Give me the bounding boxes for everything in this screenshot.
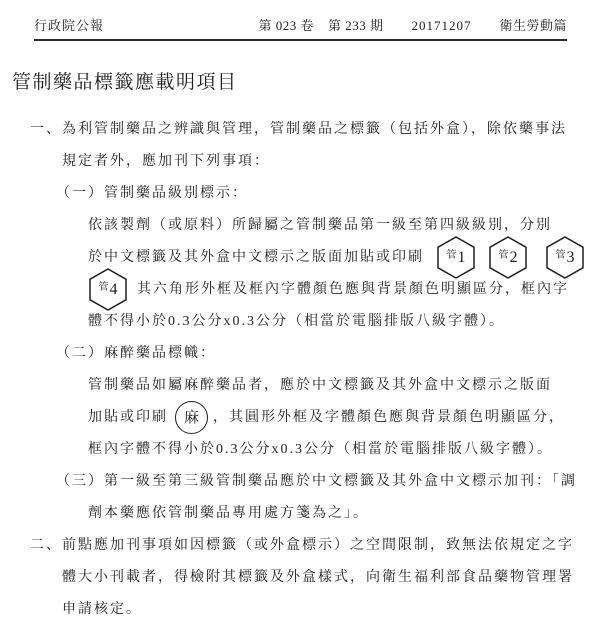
sub-item-3-marker: （三） [56,474,104,489]
sub-item-3-line-2: 劑本藥應依管制藥品專用處方箋為之」。 [0,498,600,530]
item-2-marker: 二、 [30,538,62,553]
item-2-line-3: 申請核定。 [0,594,600,620]
sub-item-3-line-1: （三）第一級至第三級管制藥品應於中文標籤及其外盒中文標示加刊：「調 [0,466,600,498]
hexagon-class-3-badge: 管3 [545,236,585,279]
sub-item-2-marker: （二） [56,346,104,361]
sub-item-1-heading: （一）管制藥品級別標示： [0,178,600,210]
date-label: 20171207 [411,18,471,34]
item-2-line-1: 二、前點應加刊事項如因標籤（或外盒標示）之空間限制，致無法依規定之字 [0,530,600,562]
volume-label: 第 023 卷 [258,15,314,34]
page-header: 行政院公報 第 023 卷 第 233 期 20171207 衛生勞動篇 [34,15,567,41]
issue-label: 第 233 期 [328,15,384,34]
item-1-line-1: 一、為利管制藥品之辨識與管理，管制藥品之標籤（包括外盒），除依藥事法 [0,114,600,146]
sub-item-2-line-2: 加貼或印刷麻，其圓形外框及字體顏色應與背景顏色明顯區分， [0,402,600,434]
hexagon-class-4-badge: 管4 [88,268,128,311]
document-title: 管制藥品標籤應載明項目 [12,67,600,94]
circle-narcotic-badge: 麻 [175,401,208,434]
sub-item-1-marker: （一） [56,186,104,201]
sub-item-2-line-1: 管制藥品如屬麻醉藥品者，應於中文標籤及其外盒中文標示之版面 [0,370,600,402]
hexagon-class-2-badge: 管2 [488,236,528,279]
item-1-line-2: 規定者外，應加刊下列事項： [0,146,600,178]
item-1-marker: 一、 [30,122,62,137]
document-body: 一、為利管制藥品之辨識與管理，管制藥品之標籤（包括外盒），除依藥事法 規定者外，… [0,114,600,620]
header-issue-info: 第 023 卷 第 233 期 20171207 衛生勞動篇 [258,15,567,34]
sub-item-2-heading: （二）麻醉藥品標幟： [0,338,600,370]
section-label: 衛生勞動篇 [499,15,567,34]
hexagon-class-1-badge: 管1 [436,236,476,279]
item-2-line-2: 體大小刊載者，得檢附其標籤及外盒樣式，向衛生福利部食品藥物管理署 [0,562,600,594]
sub-item-2-line-3: 框內字體不得小於0.3公分x0.3公分（相當於電腦排版八級字體）。 [0,434,600,466]
publication-name: 行政院公報 [34,15,104,34]
